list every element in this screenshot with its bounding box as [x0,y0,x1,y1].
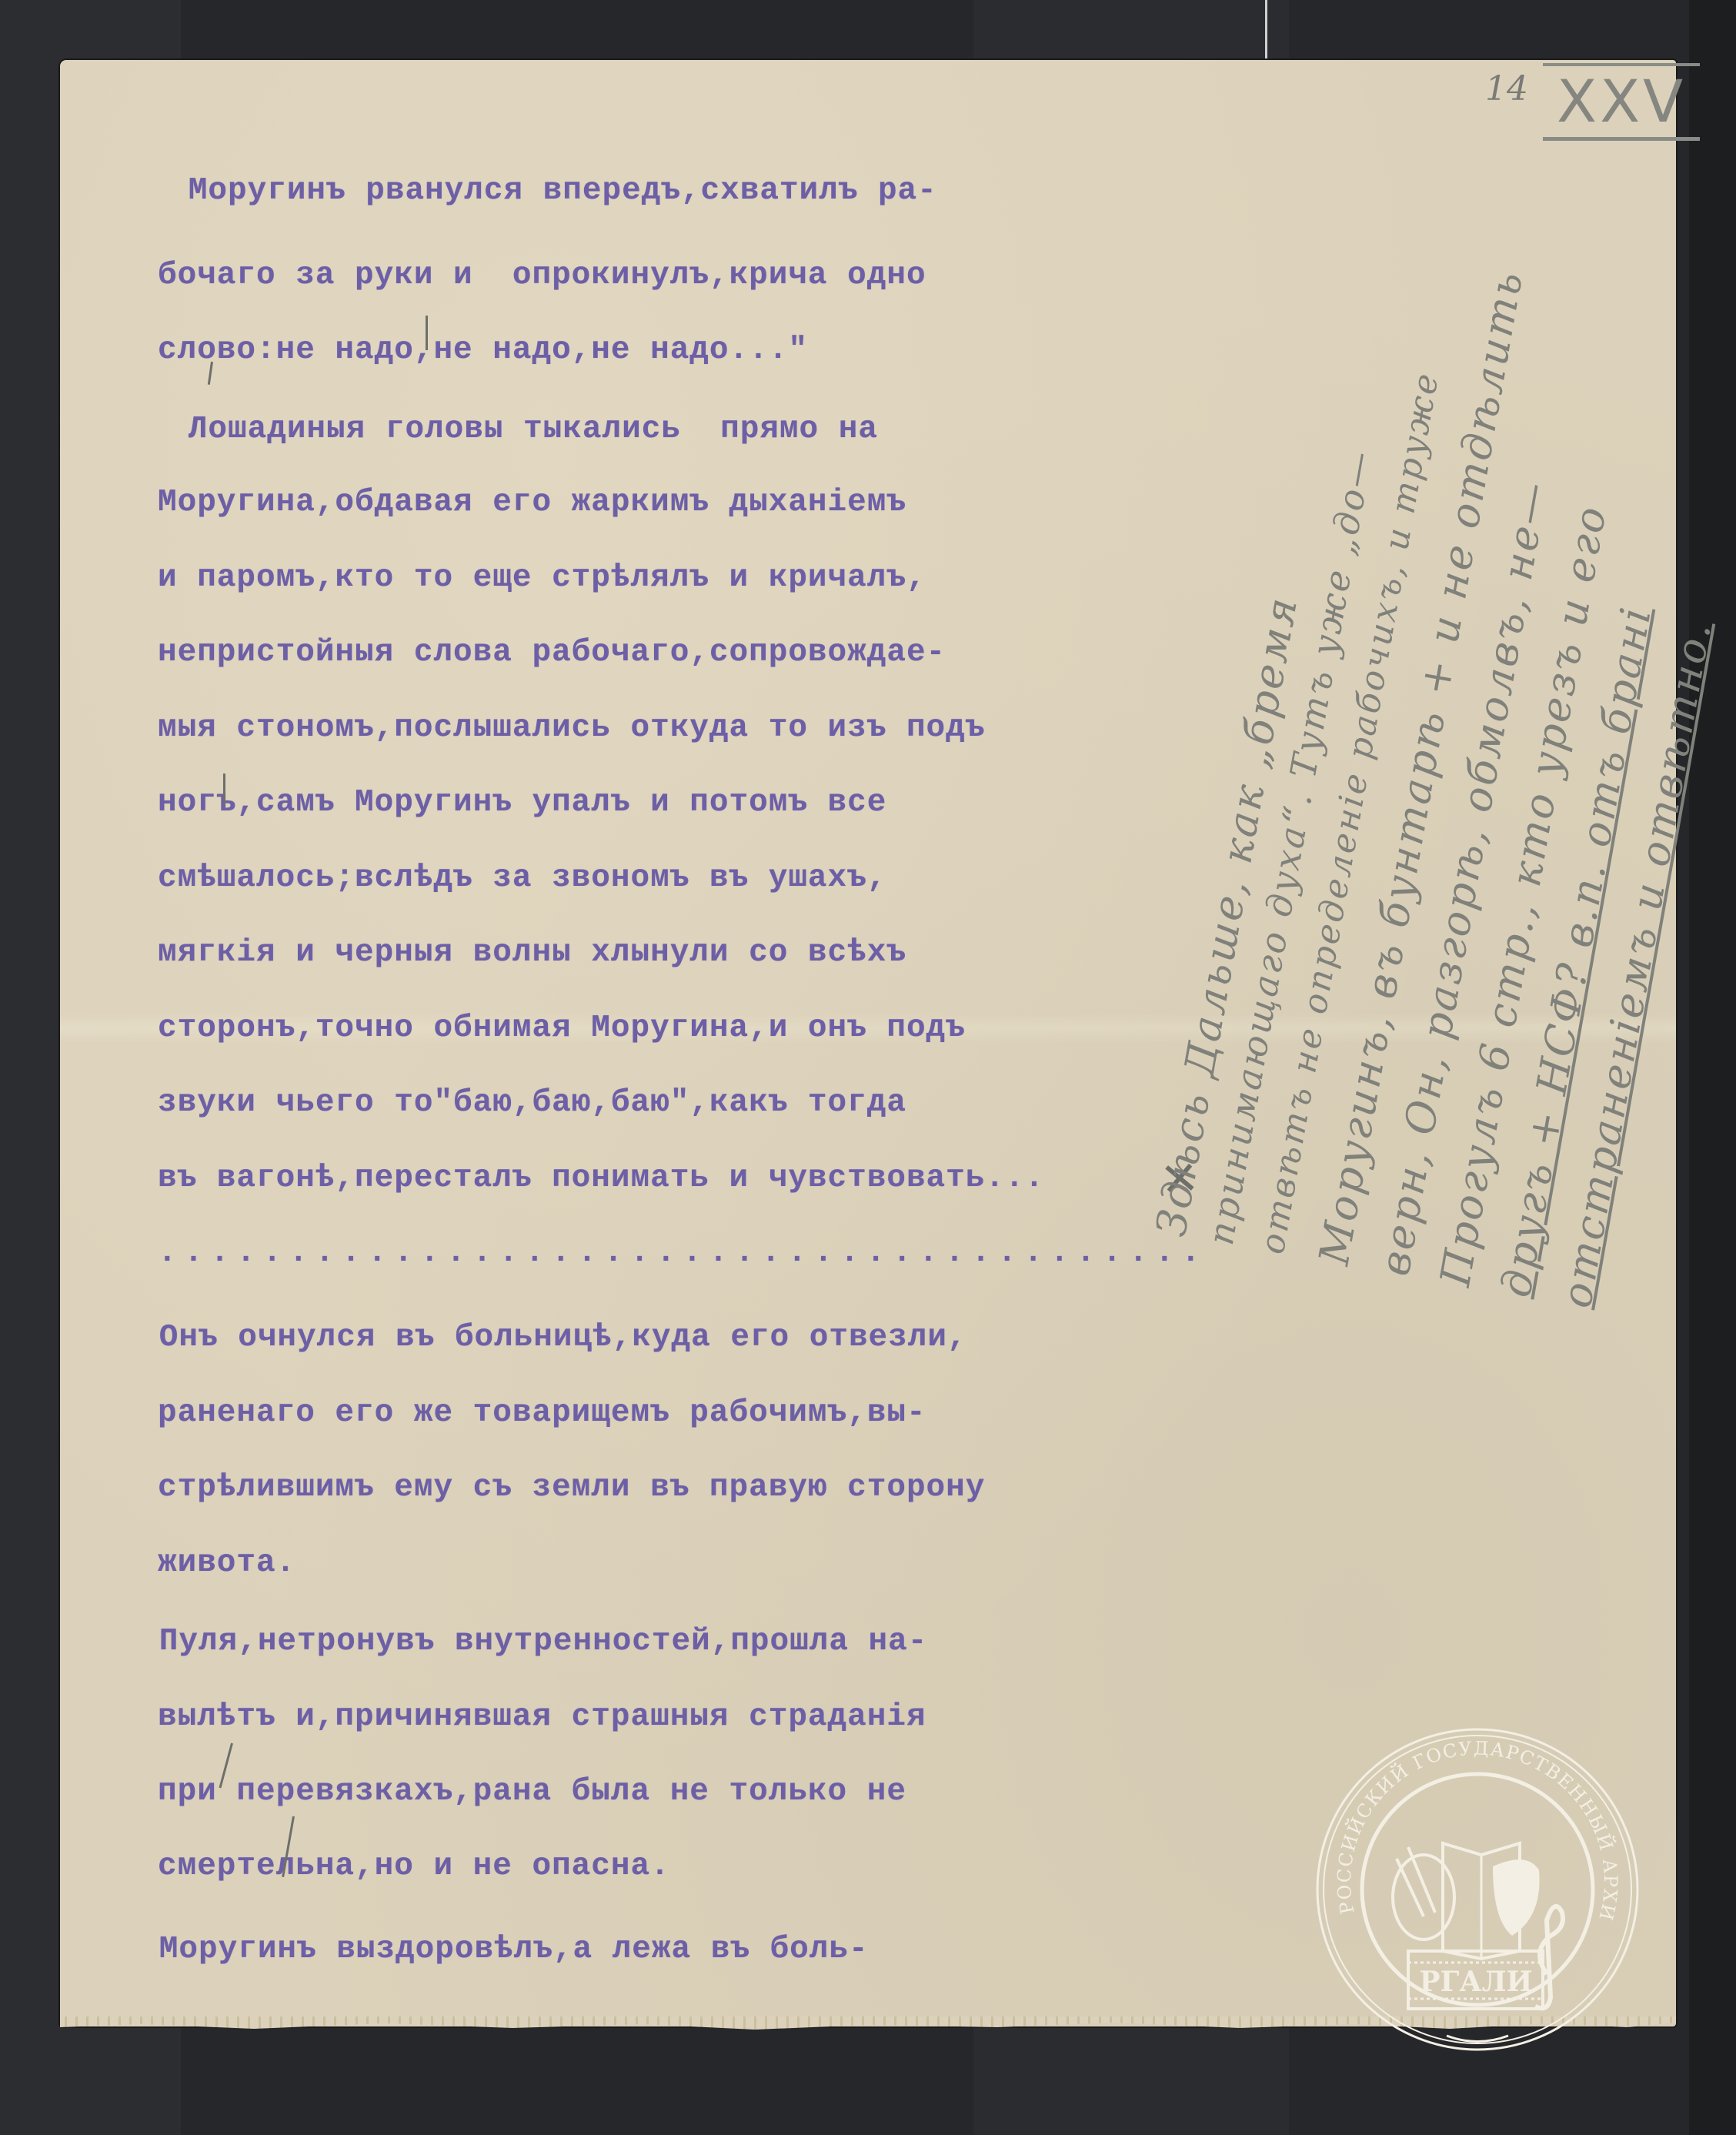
typed-line: Моругина,обдавая его жаркимъ дыханiемъ [158,485,906,520]
typed-line: Моругинъ рванулся впередъ,схватилъ ра- [129,173,937,209]
typed-line: звуки чьего то"баю,баю,баю",какъ тогда [158,1085,906,1121]
rgali-seal-icon: РОССИЙСКИЙ ГОСУДАРСТВЕННЫЙ АРХИВ ЛИТЕРАТ… [1308,1720,1647,2059]
svg-text:РГАЛИ: РГАЛИ [1419,1966,1532,1998]
typed-line: смертельна,но и не опасна. [158,1849,670,1884]
typed-line: смѣшалось;вслѣдъ за звономъ въ ушахъ, [158,860,886,896]
typed-line: сторонъ,точно обнимая Моругина,и онъ под… [158,1011,966,1046]
typed-body: Моругинъ рванулся впередъ,схватилъ ра- б… [0,0,39,885]
typed-line: мягкiя и черныя волны хлынули со всѣхъ [158,935,906,971]
typed-line: Лошадиныя головы тыкались прямо на [129,412,878,447]
typed-line: бочаго за руки и опрокинулъ,крича одно [158,258,926,293]
chapter-numeral: XXV [1543,63,1700,141]
typed-line: непристойныя слова рабочаго,сопровождае- [158,635,946,670]
typed-line: и паромъ,кто то еще стрѣлялъ и кричалъ, [158,560,926,596]
typed-line: мыя стономъ,послышались откуда то изъ по… [158,710,985,746]
mount-divider [1265,0,1267,62]
archive-stamp: РОССИЙСКИЙ ГОСУДАРСТВЕННЫЙ АРХИВ ЛИТЕРАТ… [1308,1720,1647,2059]
typed-line: вылѣтъ и,причинявшая страшныя страданiя [158,1699,926,1735]
typed-line: Моругинъ выздоровѣлъ,а лежа въ боль- [100,1932,869,1967]
typed-line: при перевязкахъ,рана была не только не [158,1774,906,1809]
typed-line: Пуля,нетронувъ внутренностей,прошла на- [100,1624,927,1659]
typed-line: ногъ,самъ Моругинъ упалъ и потомъ все [158,785,886,820]
pencil-correction-mark [223,773,225,804]
svg-text:РОССИЙСКИЙ ГОСУДАРСТВЕННЫЙ АРХ: РОССИЙСКИЙ ГОСУДАРСТВЕННЫЙ АРХИВ ЛИТЕРАТ… [1308,1720,1621,1923]
typed-line: Онъ очнулся въ больницѣ,куда его отвезли… [100,1320,967,1355]
typed-line: стрѣлившимъ ему съ земли въ правую сторо… [158,1470,985,1505]
pencil-correction-mark [426,316,428,350]
typed-line: раненаго его же товарищемъ рабочимъ,вы- [158,1395,926,1431]
typed-line: живота. [158,1545,295,1581]
ellipsis-divider: ........................................ [158,1235,1207,1271]
typed-line: слово:не надо,не надо,не надо..." [158,332,808,368]
typed-line: въ вагонѣ,пересталъ понимать и чувствова… [158,1161,1044,1196]
folio-number: 14 [1485,69,1528,109]
